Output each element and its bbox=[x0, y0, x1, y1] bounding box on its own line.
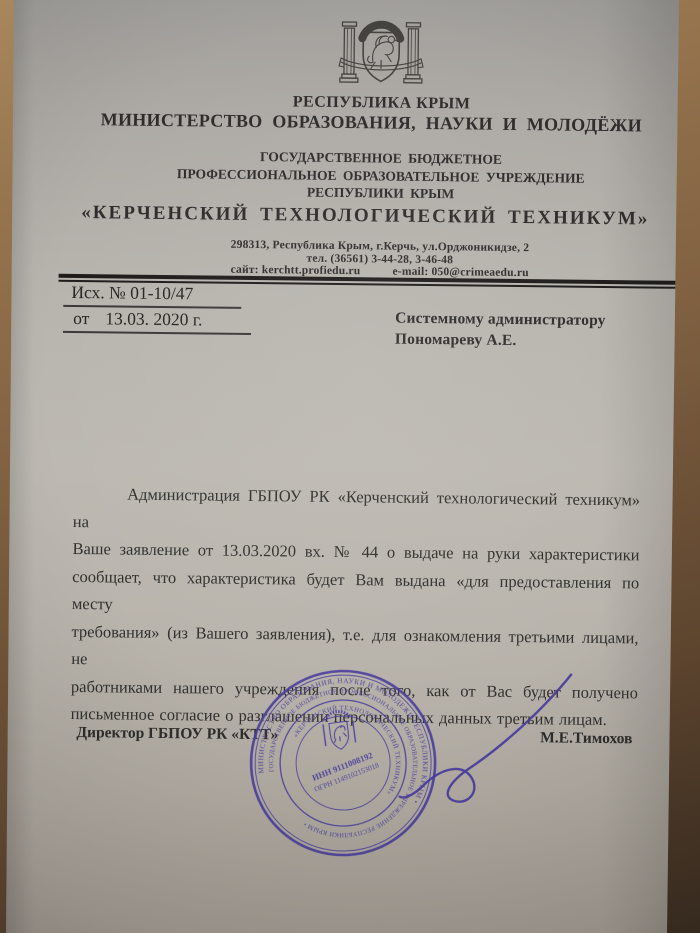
emblem-right-column bbox=[404, 23, 423, 83]
recipient-title: Системному администратору bbox=[395, 309, 606, 332]
outgoing-date: от13.03. 2020 г. bbox=[63, 308, 251, 335]
letterhead-org-name: «КЕРЧЕНСКИЙ ТЕХНОЛОГИЧЕСКИЙ ТЕХНИКУМ» bbox=[28, 201, 700, 231]
site-label: сайт: bbox=[231, 264, 259, 276]
emblem-griffin bbox=[368, 36, 399, 69]
date-value: 13.03. 2020 г. bbox=[105, 308, 202, 329]
crimea-coat-of-arms-icon bbox=[335, 8, 428, 93]
emblem-left-column bbox=[340, 22, 359, 82]
body-line: Администрация ГБПОУ РК «Керченский техно… bbox=[73, 480, 641, 541]
recipient-name: Пономареву А.Е. bbox=[395, 329, 606, 352]
email-label: e-mail: bbox=[392, 266, 428, 278]
body-line: сообщает, что характеристика будет Вам в… bbox=[72, 562, 640, 623]
photo-scene: РЕСПУБЛИКА КРЫМ МИНИСТЕРСТВО ОБРАЗОВАНИЯ… bbox=[0, 0, 700, 933]
handwritten-signature bbox=[373, 658, 585, 825]
outgoing-number: Исх. № 01-10/47 bbox=[63, 282, 241, 309]
letterhead-org-type: ГОСУДАРСТВЕННОЕ БЮДЖЕТНОЕ ПРОФЕССИОНАЛЬН… bbox=[72, 146, 689, 205]
recipient-block: Системному администратору Пономареву А.Е… bbox=[395, 309, 606, 352]
letter-content: РЕСПУБЛИКА КРЫМ МИНИСТЕРСТВО ОБРАЗОВАНИЯ… bbox=[0, 0, 700, 933]
date-prefix: от bbox=[73, 308, 89, 328]
letter-document: РЕСПУБЛИКА КРЫМ МИНИСТЕРСТВО ОБРАЗОВАНИЯ… bbox=[0, 0, 700, 933]
signature-stroke bbox=[400, 673, 571, 803]
